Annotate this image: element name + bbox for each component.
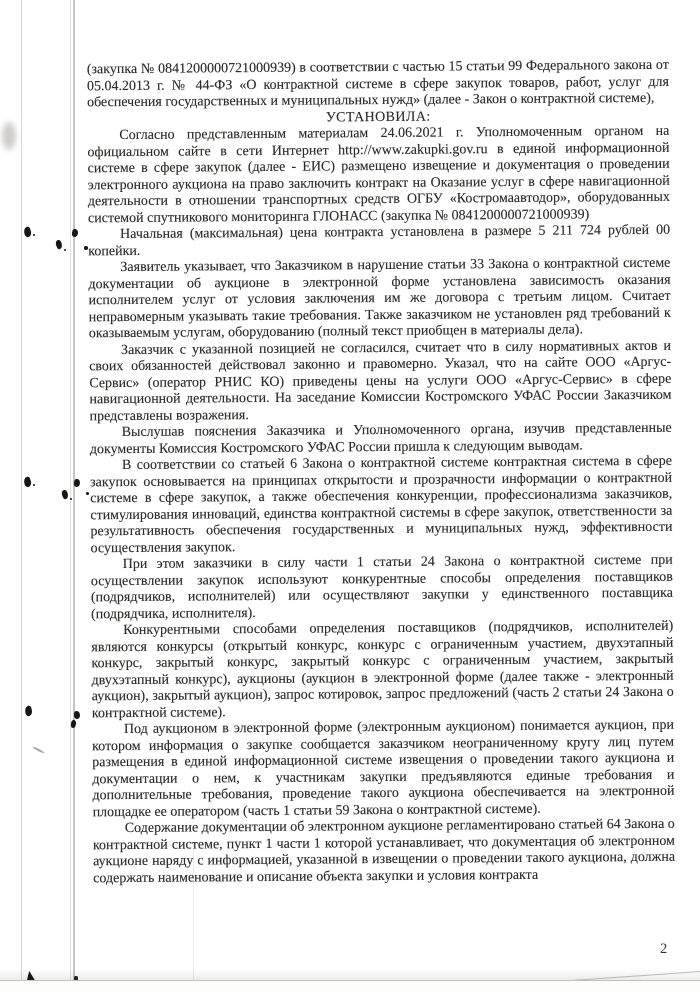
- ink-speck: [24, 705, 33, 716]
- ink-speck: [64, 249, 66, 251]
- paragraph-list: Согласно представленным материалам 24.06…: [87, 124, 675, 888]
- ink-speck: [86, 492, 89, 495]
- paragraph: В соответствии со статьей 6 Закона о кон…: [90, 454, 673, 558]
- paragraph: Выслушав пояснения Заказчика и Уполномоч…: [90, 421, 672, 459]
- ink-speck: [23, 226, 33, 238]
- scan-streak-line: [21, 0, 22, 980]
- ink-speck: [71, 720, 77, 728]
- ink-speck: [23, 476, 33, 488]
- ink-speck: [74, 711, 80, 719]
- continuation-paragraph: (закупка № 0841200000721000939) в соотве…: [87, 58, 669, 112]
- paragraph: Содержание документации об электронном а…: [93, 817, 676, 888]
- ink-speck: [73, 479, 80, 488]
- scan-smudge: [2, 122, 16, 150]
- ink-speck: [54, 239, 63, 250]
- ink-speck: [84, 246, 88, 250]
- scanned-document-page: (закупка № 0841200000721000939) в соотве…: [0, 0, 700, 991]
- ink-speck: [70, 498, 72, 500]
- ink-stroke: [32, 746, 44, 754]
- scan-streak-line: [70, 0, 71, 980]
- ink-speck: [33, 484, 35, 486]
- paragraph: Под аукционом в электронной форме (элект…: [92, 718, 675, 822]
- scanner-bed-strip: [0, 980, 700, 991]
- document-text-block: (закупка № 0841200000721000939) в соотве…: [87, 58, 675, 888]
- ink-speck: [60, 489, 69, 500]
- paragraph: Заказчик с указанной позицией не согласи…: [89, 338, 672, 425]
- ink-speck: [71, 228, 79, 237]
- ink-speck: [33, 234, 35, 236]
- paragraph: Начальная (максимальная) цена контракта …: [88, 223, 670, 261]
- paragraph: Конкурентными способами определения пост…: [91, 619, 674, 723]
- paragraph: Заявитель указывает, что Заказчиком в на…: [88, 256, 671, 343]
- page-number: 2: [660, 941, 667, 958]
- fold-line: [73, 0, 75, 980]
- paragraph: При этом заказчики в силу части 1 статьи…: [91, 553, 674, 624]
- paragraph: Согласно представленным материалам 24.06…: [87, 124, 670, 228]
